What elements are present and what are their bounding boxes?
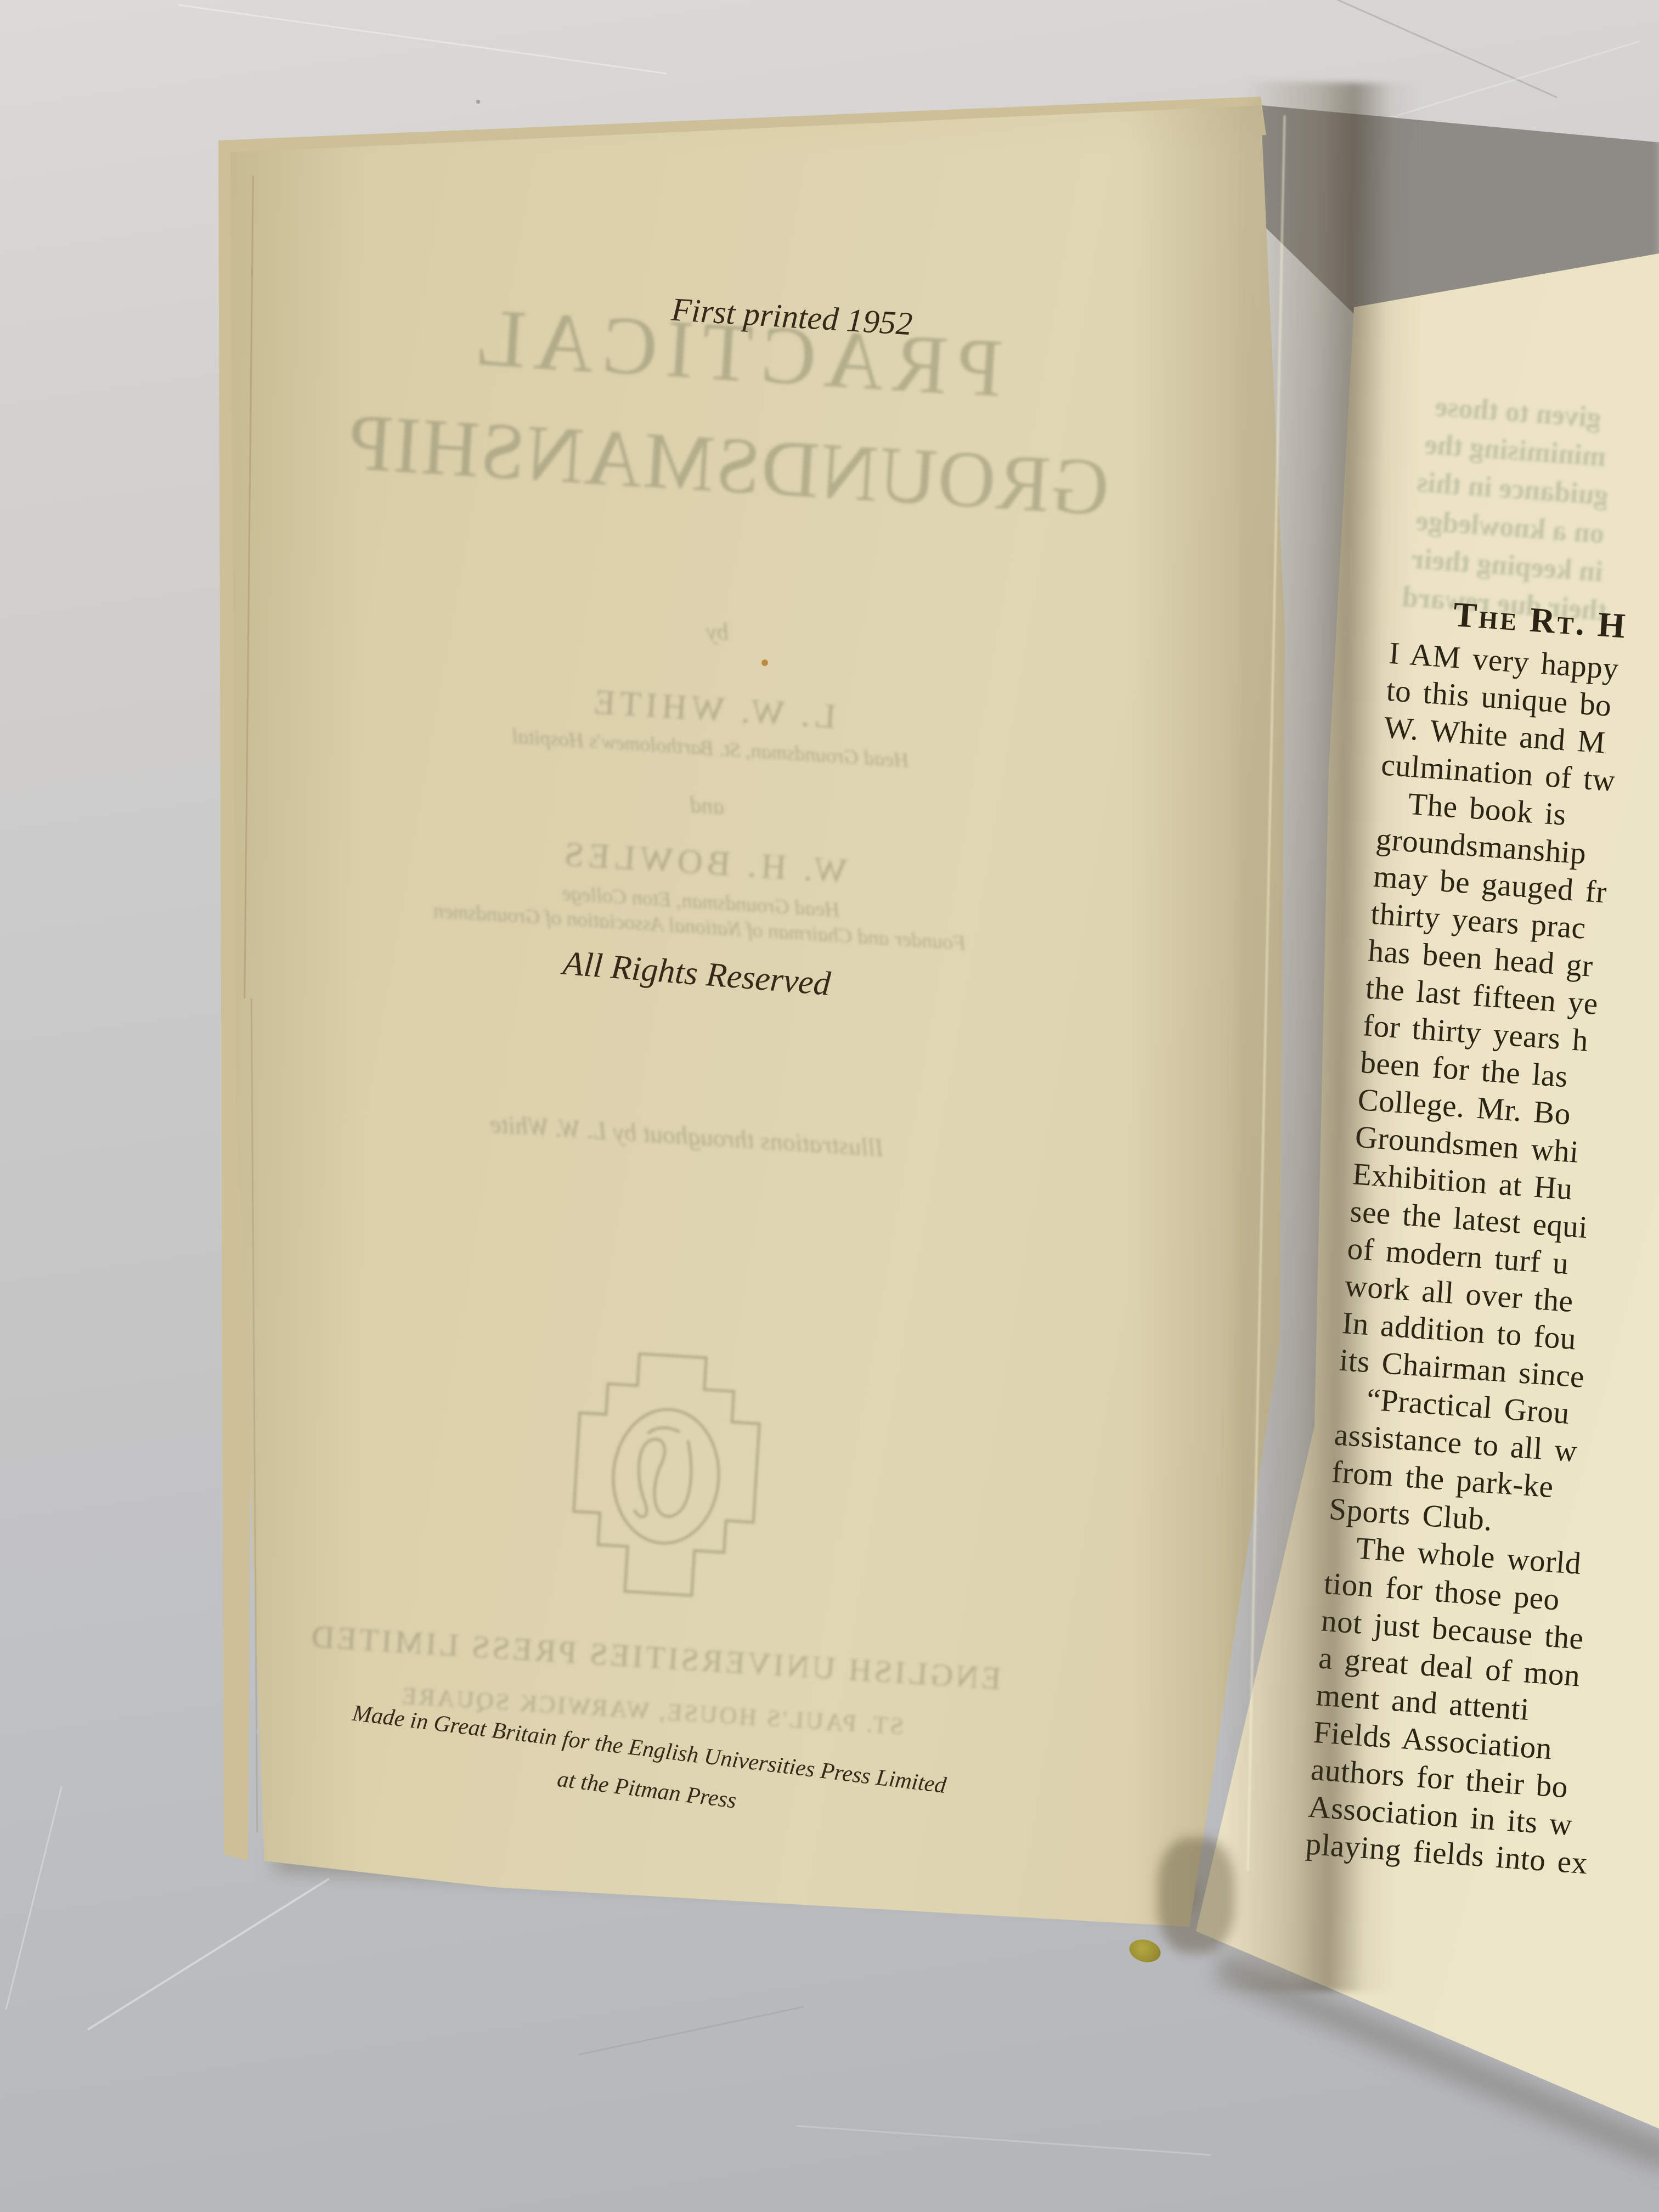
showthrough-illustrations-line: Illustrations throughout by L. W. White: [171, 1090, 1203, 1182]
table-scratch: [796, 2125, 1212, 2155]
showthrough-by-label: by: [202, 586, 1233, 678]
paper-fleck: [761, 659, 768, 666]
left-page-content: PRACTICAL GROUNDSMANSHIP by L. W. WHITE …: [125, 151, 1260, 1944]
table-scratch: [5, 1786, 63, 2010]
table-scratch: [178, 4, 667, 74]
gutter-bottom-shadow: [1158, 1838, 1234, 1953]
gutter-shadow: [1216, 81, 1424, 1993]
table-scratch: [578, 2006, 804, 2055]
table-speck: [476, 100, 480, 104]
photo-canvas: PRACTICAL GROUNDSMANSHIP by L. W. WHITE …: [0, 0, 1659, 2212]
publisher-monogram-icon: [557, 1329, 776, 1624]
table-scratch: [87, 1878, 330, 2031]
